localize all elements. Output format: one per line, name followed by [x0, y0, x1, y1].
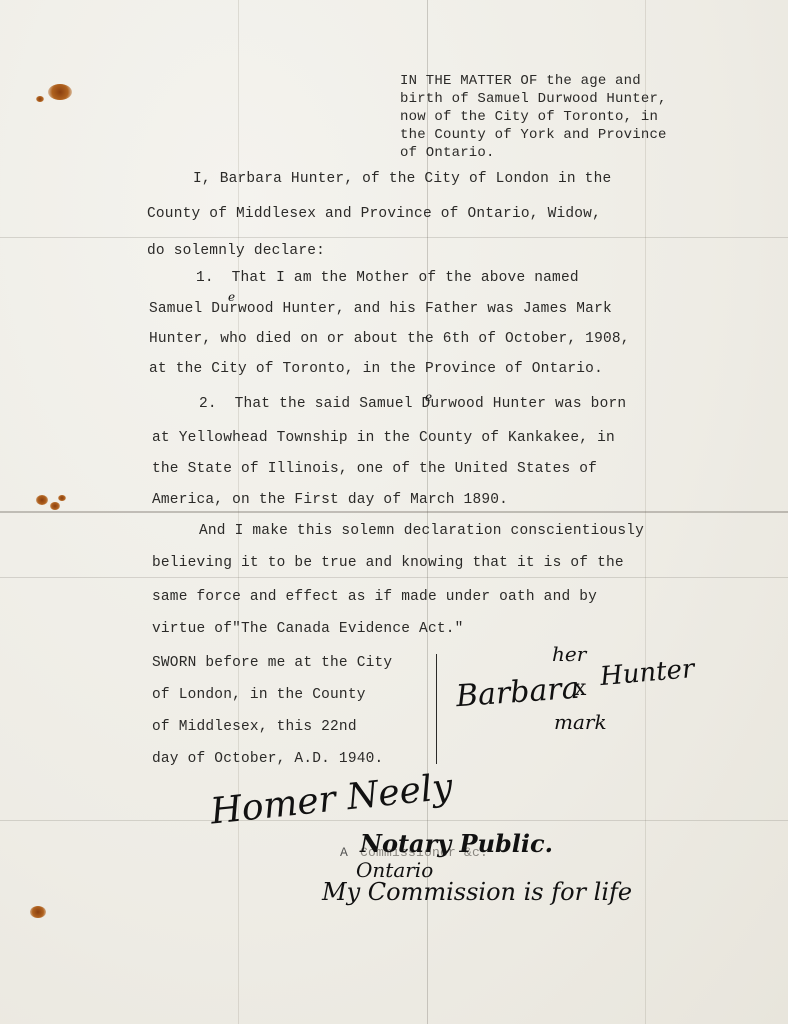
paragraph-line: America, on the First day of March 1890.	[152, 493, 508, 508]
intro-line: do solemnly declare:	[147, 244, 325, 259]
fold-line	[0, 511, 788, 513]
handwritten-commission: My Commission is for life	[322, 880, 632, 904]
jurat-line: of Middlesex, this 22nd	[152, 720, 357, 735]
fold-line	[0, 237, 788, 238]
heading-line: IN THE MATTER OF the age and	[400, 74, 641, 88]
jurat-brace	[428, 654, 437, 764]
mark-first-name: Barbara	[455, 674, 580, 713]
handwritten-province: Ontario	[356, 860, 433, 880]
paragraph-line: Samuel Durwood Hunter, and his Father wa…	[149, 302, 612, 317]
mark-last-name: Hunter	[599, 656, 695, 690]
rust-stain	[50, 502, 60, 510]
mark-x: x	[574, 678, 586, 700]
fold-line	[0, 820, 788, 821]
rust-stain	[48, 84, 72, 100]
mark-her: her	[552, 644, 586, 664]
rust-stain	[58, 495, 66, 501]
mark-label: mark	[554, 712, 607, 732]
closing-line: virtue of"The Canada Evidence Act."	[152, 622, 464, 637]
closing-line: same force and effect as if made under o…	[152, 590, 597, 605]
heading-line: birth of Samuel Durwood Hunter,	[400, 92, 667, 106]
handwritten-correction: e	[228, 291, 235, 303]
commissioner-signature: Homer Neely	[209, 769, 455, 830]
paragraph-line: 1. That I am the Mother of the above nam…	[196, 271, 579, 286]
jurat-line: day of October, A.D. 1940.	[152, 752, 383, 767]
rust-stain	[30, 906, 46, 918]
handwritten-correction: e	[425, 391, 432, 403]
paragraph-line: the State of Illinois, one of the United…	[152, 462, 597, 477]
typed-prefix: A	[340, 846, 348, 859]
intro-line: County of Middlesex and Province of Onta…	[147, 207, 601, 222]
closing-line: believing it to be true and knowing that…	[152, 556, 624, 571]
fold-line	[0, 577, 788, 578]
handwritten-title: Notary Public.	[360, 832, 553, 856]
rust-stain	[36, 495, 48, 505]
jurat-line: of London, in the County	[152, 688, 366, 703]
intro-line: I, Barbara Hunter, of the City of London…	[193, 172, 611, 187]
heading-line: now of the City of Toronto, in	[400, 110, 658, 124]
paragraph-line: 2. That the said Samuel Durwood Hunter w…	[199, 397, 626, 412]
paragraph-line: at the City of Toronto, in the Province …	[149, 362, 603, 377]
heading-line: of Ontario.	[400, 146, 495, 160]
closing-line: And I make this solemn declaration consc…	[199, 524, 644, 539]
jurat-line: SWORN before me at the City	[152, 656, 392, 671]
rust-stain	[36, 96, 44, 102]
heading-line: the County of York and Province	[400, 128, 667, 142]
paragraph-line: at Yellowhead Township in the County of …	[152, 431, 615, 446]
paragraph-line: Hunter, who died on or about the 6th of …	[149, 332, 630, 347]
document-page: IN THE MATTER OF the age and birth of Sa…	[0, 0, 788, 1024]
